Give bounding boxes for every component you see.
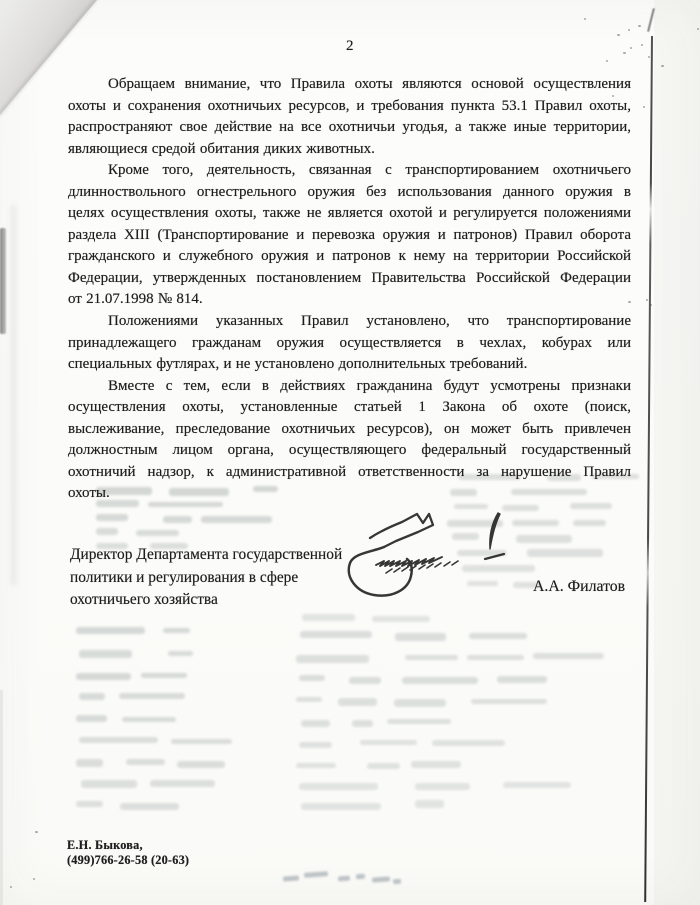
- bleedthrough-blot: [367, 763, 400, 769]
- bleedthrough-blot: [126, 759, 165, 765]
- scan-left-streak: [10, 205, 17, 585]
- bleedthrough-blot: [527, 549, 604, 557]
- bleedthrough-blot: [415, 783, 470, 790]
- scan-edge-line: [644, 36, 653, 902]
- text-line: охоты и сохранения охотничьих ресурсов, …: [68, 96, 631, 118]
- bleedthrough-blot: [296, 697, 322, 703]
- bleedthrough-blot: [467, 655, 523, 660]
- signatory-name: А.А. Филатов: [533, 578, 625, 596]
- bleedthrough-blot: [76, 627, 145, 634]
- bleedthrough-blot: [469, 633, 526, 639]
- scan-right-strip: [654, 0, 700, 905]
- bleedthrough-blot: [497, 676, 548, 683]
- text-line: Кроме того, деятельность, связанная с тр…: [68, 160, 631, 182]
- bleedthrough-blot: [411, 761, 462, 768]
- bleedthrough-blot: [573, 520, 606, 526]
- bleedthrough-blot: [338, 698, 377, 706]
- bleedthrough-blot: [296, 763, 336, 768]
- bleedthrough-blot: [81, 780, 137, 787]
- bleedthrough-blot: [168, 651, 193, 657]
- executor-footer: Е.Н. Быкова, (499)766-26-58 (20-63): [67, 838, 189, 868]
- bleedthrough-blot: [301, 803, 381, 810]
- bleedthrough-blot: [299, 742, 332, 748]
- scan-speck: [35, 831, 38, 833]
- pencil-smudge: [372, 876, 390, 882]
- bleedthrough-blot: [296, 655, 369, 663]
- scan-speck: [648, 56, 650, 58]
- bleedthrough-blot: [120, 803, 178, 810]
- pencil-smudge: [393, 879, 401, 885]
- bleedthrough-blot: [402, 677, 478, 684]
- bleedthrough-blot: [171, 739, 232, 744]
- bleedthrough-blot: [405, 655, 458, 660]
- bleedthrough-blot: [163, 628, 190, 634]
- paragraph: Кроме того, деятельность, связанная с тр…: [68, 160, 631, 311]
- bleedthrough-blot: [394, 699, 446, 707]
- text-line: от 21.07.1998 № 814.: [68, 289, 631, 311]
- text-line: Вместе с тем, если в действиях гражданин…: [68, 376, 631, 398]
- pencil-smudge: [356, 874, 365, 880]
- bleedthrough-blot: [360, 740, 417, 745]
- bleedthrough-blot: [415, 800, 444, 808]
- scan-speck: [10, 886, 12, 888]
- bleedthrough-blot: [300, 631, 372, 638]
- bleedthrough-blot: [503, 782, 571, 788]
- paragraph: Положениями указанных Правил установлено…: [68, 311, 631, 376]
- text-line: выслеживание, преследование охотничьих р…: [68, 419, 631, 441]
- pencil-smudge: [304, 871, 328, 878]
- text-line: распространяют свое действие на все охот…: [68, 117, 631, 139]
- text-line: целях осуществления охоты, также не явля…: [68, 203, 631, 225]
- text-line: принадлежащего гражданам оружия осуществ…: [68, 333, 631, 355]
- scan-speck: [661, 65, 664, 67]
- text-line: являющиеся средой обитания диких животны…: [68, 139, 631, 161]
- page-number: 2: [0, 38, 700, 55]
- bleedthrough-blot: [301, 720, 330, 727]
- paragraph: Вместе с тем, если в действиях гражданин…: [68, 376, 631, 505]
- text-line: специальных футлярах, и не установлено д…: [68, 354, 631, 376]
- pencil-smudge: [283, 875, 299, 881]
- bleedthrough-blot: [96, 514, 128, 521]
- scan-speck: [33, 878, 35, 880]
- signature-icon: [334, 497, 520, 609]
- text-line: Обращаем внимание, что Правила охоты явл…: [68, 74, 631, 96]
- bleedthrough-blot: [119, 693, 185, 699]
- document-page: 2 Обращаем внимание, что Правила охоты я…: [0, 0, 700, 905]
- bleedthrough-blot: [201, 516, 273, 523]
- scan-left-mark: [0, 228, 6, 334]
- paragraph: Обращаем внимание, что Правила охоты явл…: [68, 74, 631, 160]
- bleedthrough-blot: [96, 528, 118, 535]
- bleedthrough-blot: [150, 780, 215, 787]
- scan-speck: [606, 60, 608, 62]
- scan-speck: [697, 28, 699, 30]
- executor-name: Е.Н. Быкова,: [67, 838, 189, 853]
- bleedthrough-blot: [299, 783, 378, 790]
- bleedthrough-blot: [387, 719, 451, 724]
- text-line: Федерации, утвержденных постановлением П…: [68, 268, 631, 290]
- pencil-smudge: [338, 876, 350, 882]
- bleedthrough-blot: [136, 530, 179, 536]
- bleedthrough-blot: [76, 801, 103, 807]
- text-line: осуществления охоты, установленные стать…: [68, 397, 631, 419]
- scan-speck: [650, 304, 652, 306]
- bleedthrough-blot: [79, 650, 132, 658]
- text-line: раздела XIII (Транспортирование и перево…: [68, 225, 631, 247]
- scan-speck: [646, 299, 648, 301]
- bleedthrough-blot: [533, 653, 604, 659]
- bleedthrough-blot: [141, 673, 187, 679]
- scan-speck: [628, 29, 630, 31]
- scan-speck: [584, 18, 586, 20]
- bleedthrough-blot: [79, 737, 158, 742]
- signoff-title-line: политики и регулирования в сфере: [70, 567, 342, 590]
- text-line: должностным лицом органа, осуществляющег…: [68, 440, 631, 462]
- bleedthrough-blot: [79, 693, 105, 700]
- text-line: Положениями указанных Правил установлено…: [68, 311, 631, 333]
- bleedthrough-blot: [432, 740, 505, 746]
- executor-phone: (499)766-26-58 (20-63): [67, 853, 189, 868]
- bleedthrough-blot: [395, 633, 446, 641]
- text-line: гражданского и служебного оружия и патро…: [68, 246, 631, 268]
- text-line: длинноствольного огнестрельного оружия б…: [68, 182, 631, 204]
- scan-speck: [617, 34, 620, 36]
- bleedthrough-blot: [299, 675, 325, 681]
- bleedthrough-blot: [177, 761, 225, 768]
- bleedthrough-blot: [352, 720, 373, 727]
- scan-left-edge: [0, 690, 3, 905]
- signoff-title-line: охотничьего хозяйства: [70, 589, 342, 612]
- bleedthrough-blot: [76, 759, 103, 767]
- signoff-title-line: Директор Департамента государственной: [70, 544, 342, 567]
- bleedthrough-blot: [516, 535, 572, 543]
- bleedthrough-blot: [76, 673, 131, 679]
- bleedthrough-blot: [349, 677, 382, 684]
- scan-speck: [638, 25, 641, 27]
- signoff-title: Директор Департамента государственной по…: [70, 544, 342, 612]
- text-line: охотничий надзор, к административной отв…: [68, 462, 631, 484]
- bleedthrough-blot: [302, 614, 355, 621]
- bleedthrough-blot: [122, 717, 177, 722]
- bleedthrough-blot: [76, 715, 107, 722]
- bleedthrough-blot: [372, 616, 431, 622]
- bleedthrough-blot: [163, 516, 192, 523]
- text-block: Обращаем внимание, что Правила охоты явл…: [68, 74, 631, 505]
- scan-speck: [643, 106, 645, 108]
- bleedthrough-blot: [471, 699, 547, 704]
